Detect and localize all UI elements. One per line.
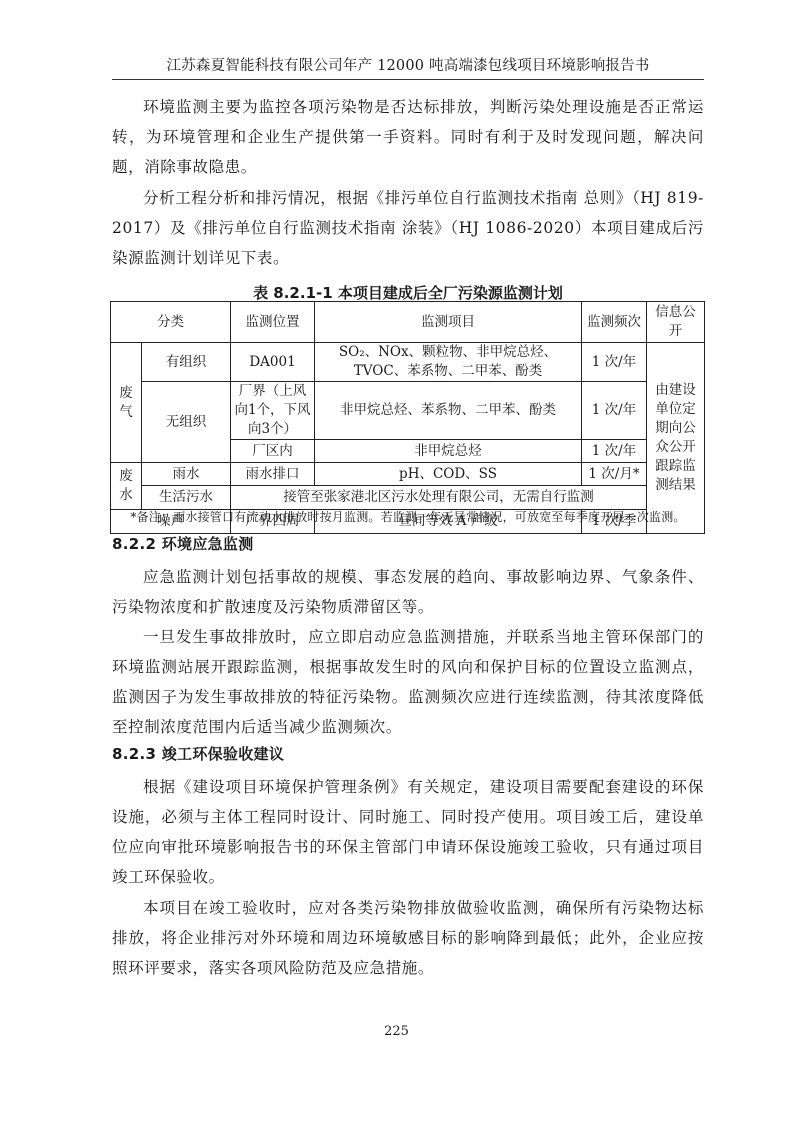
header-items: 监测项目 xyxy=(315,302,582,343)
header-divider xyxy=(112,79,704,80)
cell-disclosure: 由建设单位定期向公众公开跟踪监测结果 xyxy=(647,343,705,534)
paragraph-monitoring-purpose: 环境监测主要为监控各项污染物是否达标排放，判断污染处理设施是否正常运转，为环境管… xyxy=(112,92,704,182)
paragraph-acceptance-monitoring: 本项目在竣工验收时，应对各类污染物排放做验收监测，确保所有污染物达标排放，将企业… xyxy=(112,893,704,983)
page-number: 225 xyxy=(0,1024,793,1039)
paragraph-acceptance-regulation: 根据《建设项目环境保护管理条例》有关规定，建设项目需要配套建设的环保设施，必须与… xyxy=(112,772,704,892)
paragraph-emergency-plan: 应急监测计划包括事故的规模、事态发展的趋向、事故影响边界、气象条件、污染物浓度和… xyxy=(112,562,704,622)
group-waste-gas: 废气 xyxy=(111,343,142,463)
cell-frequency: 1 次/年 xyxy=(582,440,647,463)
header-category: 分类 xyxy=(111,302,231,343)
section-heading-8-2-2: 8.2.2 环境应急监测 xyxy=(112,533,254,554)
table-row: 无组织 厂界（上风向1个，下风向3个） 非甲烷总烃、苯系物、二甲苯、酚类 1 次… xyxy=(111,382,705,440)
header-disclosure: 信息公开 xyxy=(647,302,705,343)
cell-frequency: 1 次/月* xyxy=(582,463,647,486)
table-caption: 表 8.2.1-1 本项目建成后全厂污染源监测计划 xyxy=(112,282,704,303)
table-row: 生活污水 接管至张家港北区污水处理有限公司，无需自行监测 xyxy=(111,486,705,510)
cell-items: pH、COD、SS xyxy=(315,463,582,486)
header-location: 监测位置 xyxy=(231,302,315,343)
cell-sub: 有组织 xyxy=(142,343,231,382)
cell-sub: 生活污水 xyxy=(142,486,231,510)
table-row: 废水 雨水 雨水排口 pH、COD、SS 1 次/月* xyxy=(111,463,705,486)
monitoring-plan-table: 分类 监测位置 监测项目 监测频次 信息公开 废气 有组织 DA001 SO₂、… xyxy=(110,301,705,534)
table-note: *备注：雨水接管口有流动水排放时按月监测。若监测一年无异常情况，可放宽至每季度开… xyxy=(112,508,704,525)
cell-location: DA001 xyxy=(231,343,315,382)
cell-sub: 雨水 xyxy=(142,463,231,486)
cell-sub: 无组织 xyxy=(142,382,231,463)
cell-items: SO₂、NOx、颗粒物、非甲烷总烃、TVOC、苯系物、二甲苯、酚类 xyxy=(315,343,582,382)
header-frequency: 监测频次 xyxy=(582,302,647,343)
table-row: 废气 有组织 DA001 SO₂、NOx、颗粒物、非甲烷总烃、TVOC、苯系物、… xyxy=(111,343,705,382)
cell-items: 非甲烷总烃 xyxy=(315,440,582,463)
cell-location: 厂区内 xyxy=(231,440,315,463)
cell-location: 雨水排口 xyxy=(231,463,315,486)
cell-items: 非甲烷总烃、苯系物、二甲苯、酚类 xyxy=(315,382,582,440)
group-waste-water: 废水 xyxy=(111,463,142,510)
cell-merged-note: 接管至张家港北区污水处理有限公司，无需自行监测 xyxy=(231,486,647,510)
page-header-title: 江苏森夏智能科技有限公司年产 12000 吨高端漆包线项目环境影响报告书 xyxy=(112,54,704,75)
section-heading-8-2-3: 8.2.3 竣工环保验收建议 xyxy=(112,743,284,764)
cell-location: 厂界（上风向1个，下风向3个） xyxy=(231,382,315,440)
cell-frequency: 1 次/年 xyxy=(582,382,647,440)
paragraph-emergency-action: 一旦发生事故排放时，应立即启动应急监测措施，并联系当地主管环保部门的环境监测站展… xyxy=(112,622,704,742)
cell-frequency: 1 次/年 xyxy=(582,343,647,382)
paragraph-monitoring-basis: 分析工程分析和排污情况，根据《排污单位自行监测技术指南 总则》（HJ 819-2… xyxy=(112,183,704,273)
table-header-row: 分类 监测位置 监测项目 监测频次 信息公开 xyxy=(111,302,705,343)
